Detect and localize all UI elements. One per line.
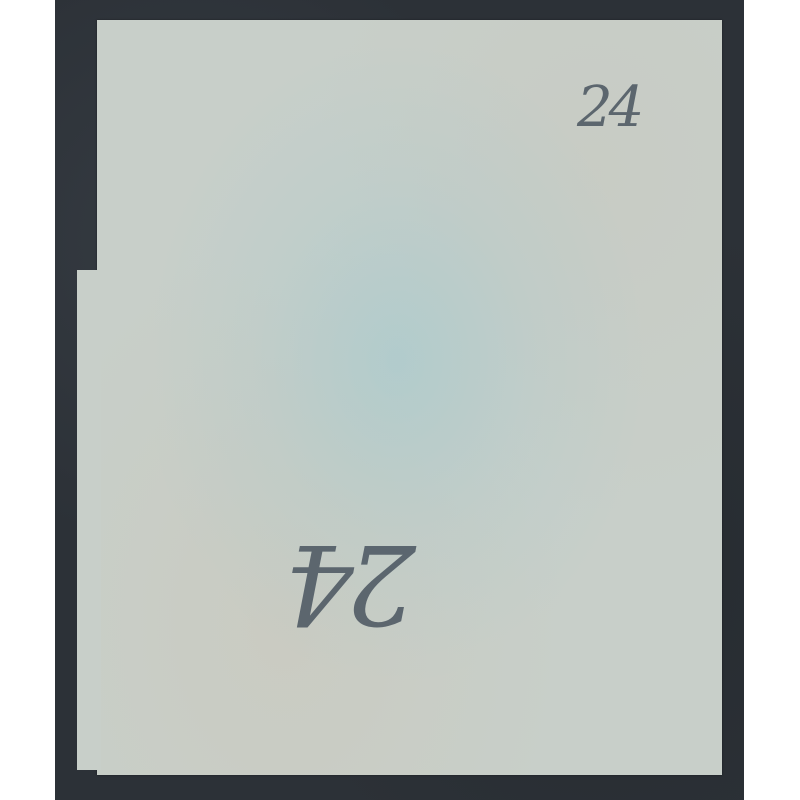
pencil-mark-bottom-inverted: 24	[292, 520, 416, 648]
stamp-left-edge	[77, 270, 101, 770]
stamp-back: 24 24	[97, 20, 722, 775]
pencil-mark-top: 24	[577, 75, 640, 140]
